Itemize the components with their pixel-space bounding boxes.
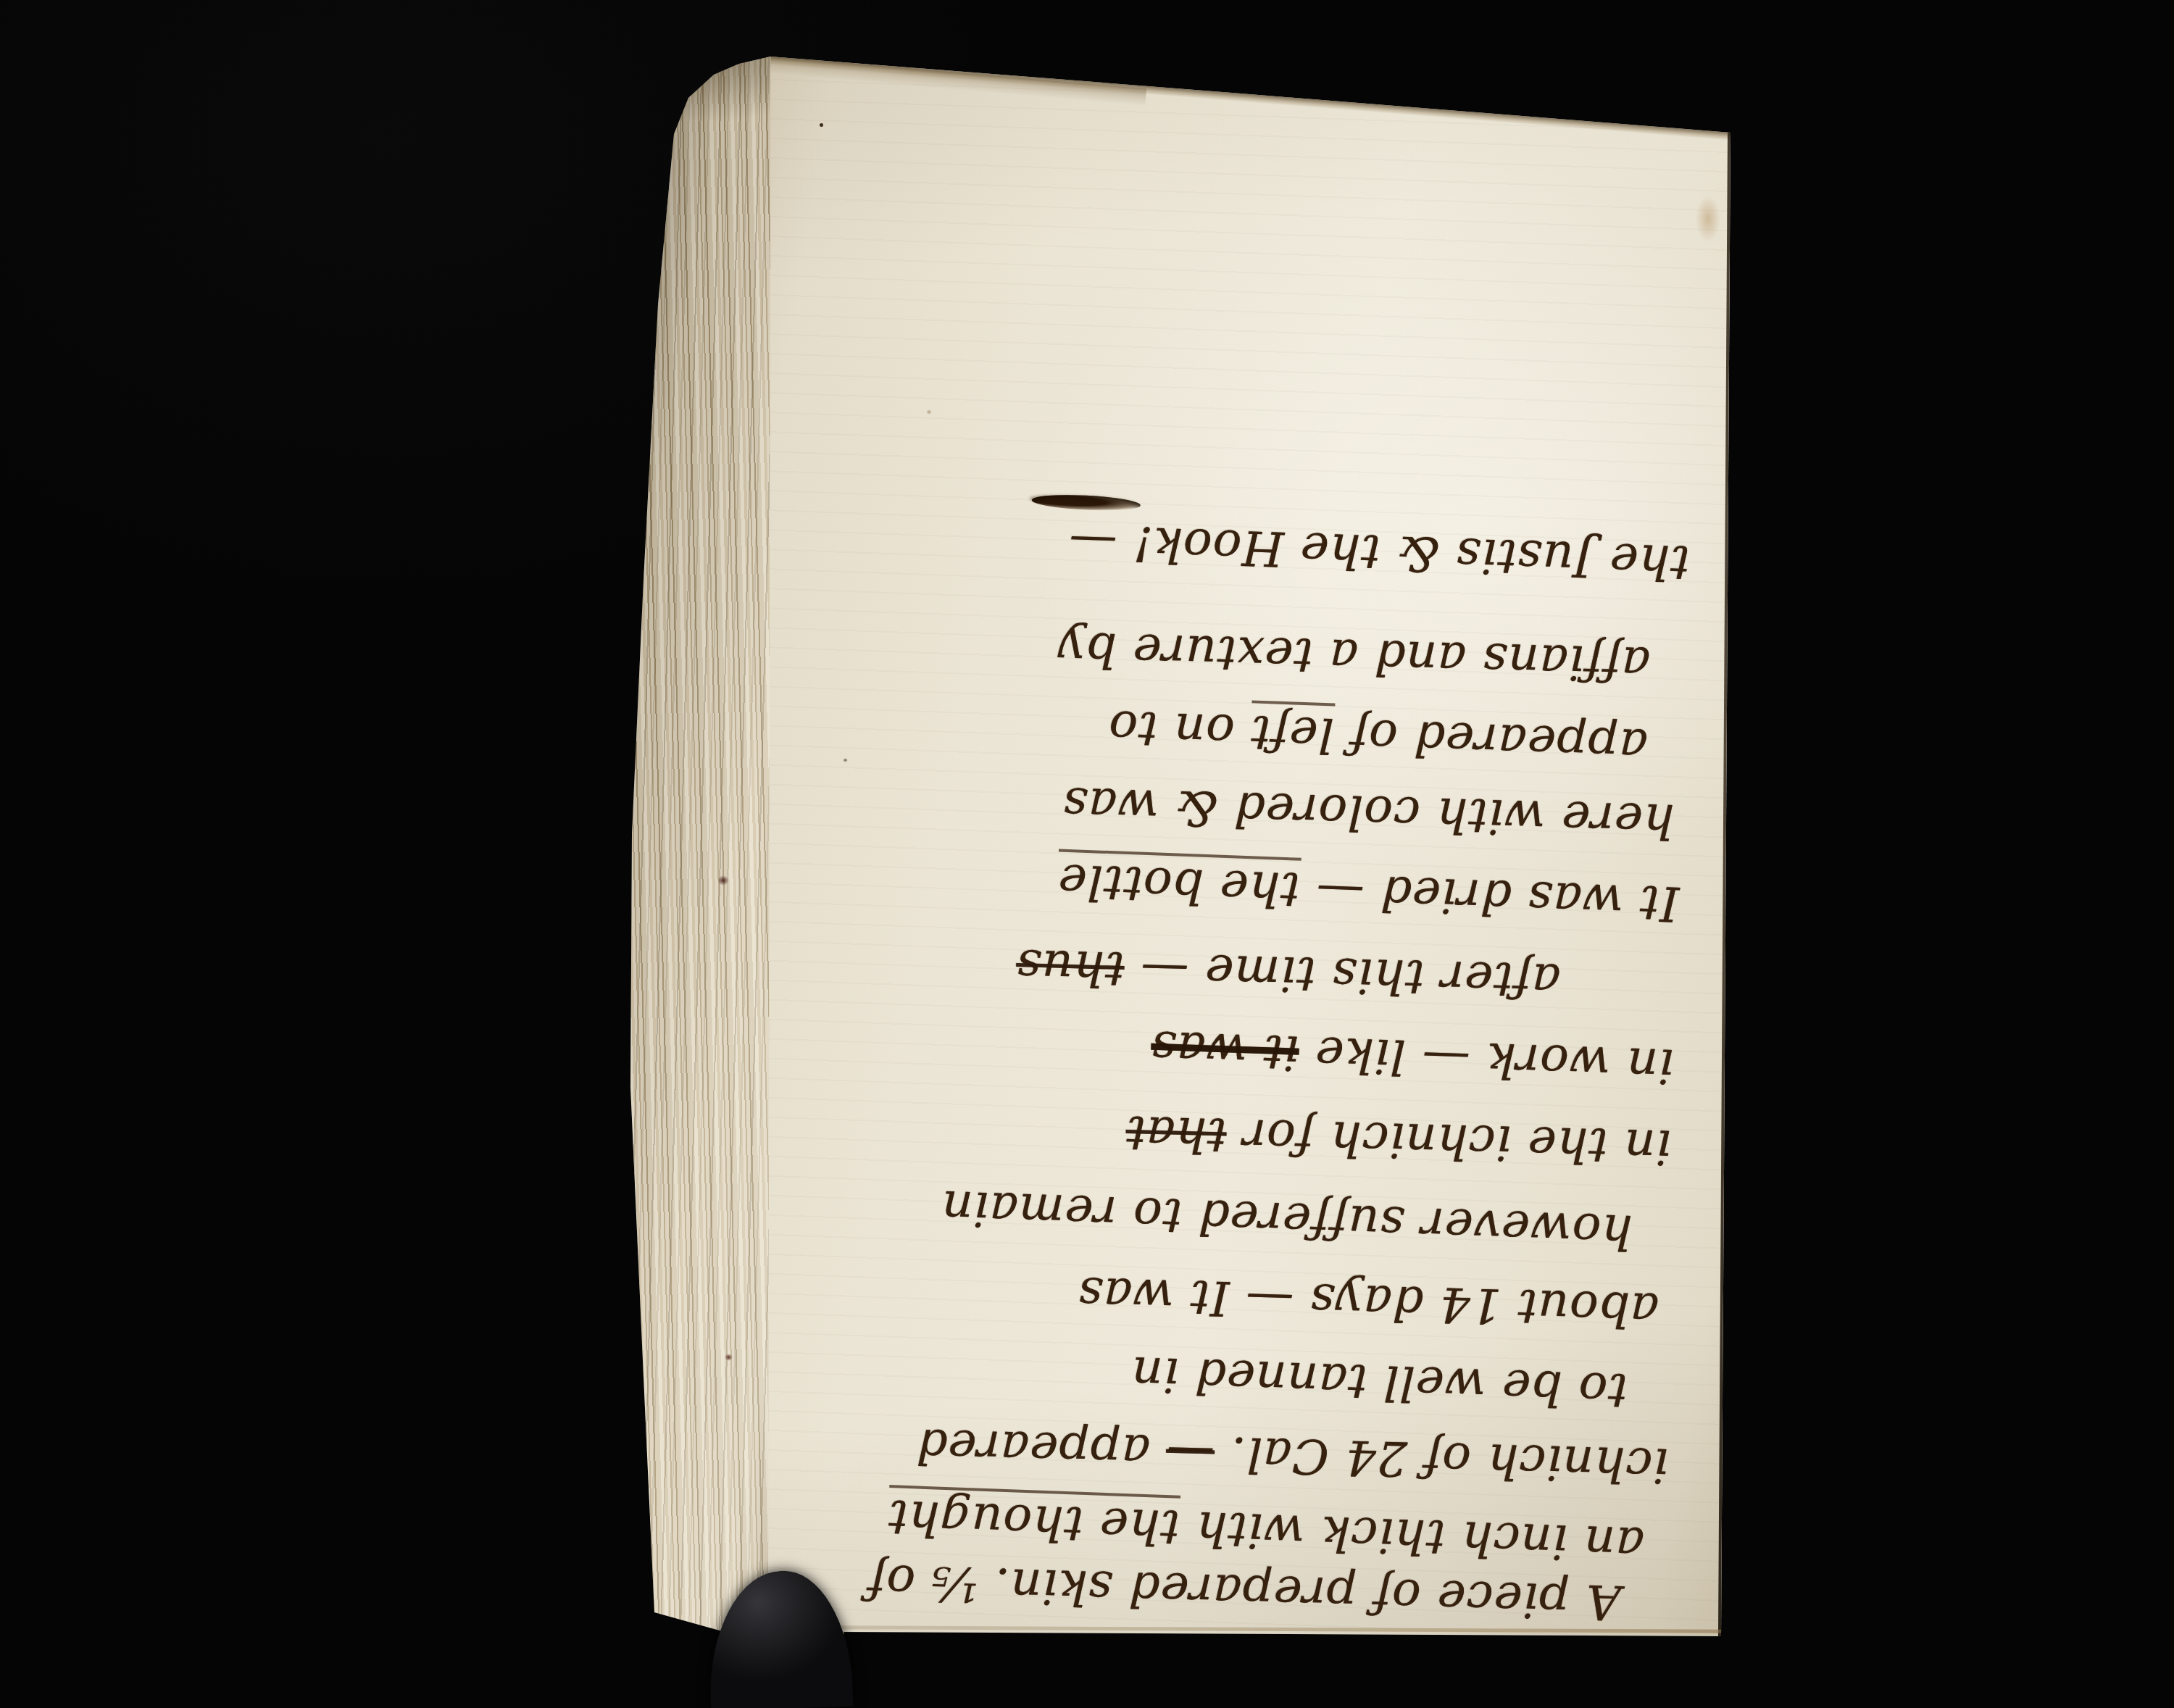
manuscript-segment: after this time — [1123,941,1561,1009]
manuscript-segment: the Justis & the Hook! — [1067,514,1691,591]
manuscript-segment: ichnich of 24 Cal. [1214,1426,1669,1494]
manuscript-segment: appeared [915,1418,1167,1480]
manuscript-line: affians and a texture by [1057,616,1694,698]
fore-edge-stain [717,875,729,886]
manuscript-segment: the thought [887,1485,1180,1556]
manuscript-line: to be well tanned in [1130,1341,1672,1425]
paper-speck [820,123,823,127]
manuscript-segment: left [1249,700,1335,763]
manuscript-segment: in the ichnich for [1225,1108,1672,1175]
manuscript-segment: it was [1150,1020,1300,1081]
manuscript-segment: thus [1015,938,1125,997]
manuscript-line: after this time — thus [1015,933,1685,1017]
manuscript-line: here with colored & was [1062,771,1690,854]
manuscript-segment: appeared of [1333,707,1649,774]
fore-edge-stain-small [725,1354,733,1361]
manuscript-line: It was dried — the bottle [1057,849,1687,937]
manuscript-line: ichnich of 24 Cal. — appeared [915,1413,1670,1498]
manuscript-segment: an inch thick with [1178,1500,1645,1572]
handwritten-text-block: A piece of prepared skin. ⅕ ofan inch th… [743,460,1699,1648]
paper-fox-spot [926,409,932,414]
manuscript-segment: here with colored & was [1062,776,1675,849]
manuscript-segment: — [1165,1425,1215,1482]
photo-background: A piece of prepared skin. ⅕ ofan inch th… [0,0,2174,1708]
manuscript-segment: affians and a texture by [1057,621,1651,692]
manuscript-segment: that [1125,1105,1228,1164]
page-right-edge-shadow [1718,133,1731,1637]
manuscript-line: the Justis & the Hook! — [1067,509,1698,596]
manuscript-segment: on to [1107,700,1251,761]
manuscript-line: about 14 days — It was [1077,1261,1675,1343]
corner-stain [1696,196,1720,242]
manuscript-line: however suffered to remain [940,1175,1677,1266]
manuscript-segment: It was dried — [1299,862,1680,932]
head-edge-line [770,55,1733,141]
manuscript-segment: in work — like [1298,1025,1675,1094]
manuscript-line: in work — like it was [1150,1015,1683,1099]
manuscript-segment: however suffered to remain [941,1180,1633,1260]
manuscript-line: in the ichnich for that [1125,1100,1679,1180]
manuscript-photograph: { "scene": { "type": "photograph", "desc… [0,0,2174,1708]
manuscript-segment: the bottle [1057,849,1301,918]
manuscript-line: appeared of left on to [1107,695,1692,780]
manuscript-segment: to be well tanned in [1130,1346,1628,1419]
manuscript-segment: about 14 days — It was [1077,1266,1659,1338]
